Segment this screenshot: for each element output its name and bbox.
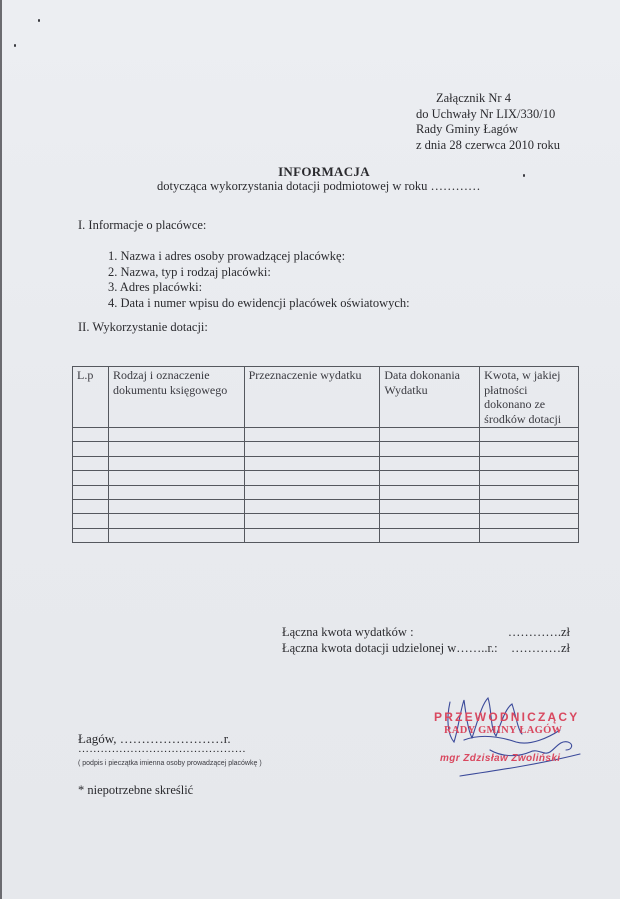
table-cell — [380, 428, 480, 442]
totals-block: Łączna kwota wydatków : ………….zł Łączna k… — [282, 625, 572, 656]
total-expenses-value: ………….zł — [508, 625, 570, 641]
annex-line: z dnia 28 czerwca 2010 roku — [416, 138, 560, 154]
table-cell — [480, 514, 579, 528]
table-cell — [480, 485, 579, 499]
column-header-date: Data dokonania Wydatku — [380, 367, 480, 428]
table-cell — [244, 528, 380, 542]
total-grant-row: Łączna kwota dotacji udzielonej w……..r.:… — [282, 641, 572, 657]
list-item: 3. Adres placówki: — [108, 280, 410, 296]
table-cell — [380, 528, 480, 542]
section-1-heading: I. Informacje o placówce: — [78, 218, 206, 233]
table-cell — [73, 471, 109, 485]
table-cell — [73, 485, 109, 499]
total-grant-label: Łączna kwota dotacji udzielonej w……..r.: — [282, 641, 498, 655]
table-cell — [244, 485, 380, 499]
table-cell — [380, 499, 480, 513]
table-cell — [244, 456, 380, 470]
table-cell — [480, 471, 579, 485]
total-expenses-row: Łączna kwota wydatków : ………….zł — [282, 625, 572, 641]
table-row — [73, 456, 579, 470]
total-expenses-label: Łączna kwota wydatków : — [282, 625, 414, 639]
table-cell — [480, 499, 579, 513]
scan-edge — [0, 0, 2, 899]
stamp-name: mgr Zdzisław Zwoliński — [440, 753, 561, 764]
list-item: 1. Nazwa i adres osoby prowadzącej placó… — [108, 249, 410, 265]
footnote: * niepotrzebne skreślić — [78, 783, 193, 798]
table-row — [73, 471, 579, 485]
official-stamp: PRZEWODNICZĄCY RADY GMINY ŁAGÓW mgr Zdzi… — [420, 690, 600, 785]
table-cell — [73, 428, 109, 442]
table-cell — [73, 442, 109, 456]
document-title: INFORMACJA — [0, 164, 620, 180]
table-cell — [244, 514, 380, 528]
total-grant-value: …………zł — [511, 641, 570, 657]
table-cell — [108, 471, 244, 485]
table-row — [73, 499, 579, 513]
table-cell — [244, 428, 380, 442]
scan-speck — [38, 19, 40, 22]
table-cell — [108, 442, 244, 456]
table-cell — [108, 514, 244, 528]
table-cell — [244, 499, 380, 513]
table-cell — [380, 471, 480, 485]
table-cell — [480, 456, 579, 470]
table-cell — [480, 442, 579, 456]
table-row — [73, 528, 579, 542]
expenditure-table: L.p Rodzaj i oznaczenie dokumentu księgo… — [72, 366, 579, 543]
table-cell — [108, 428, 244, 442]
table-cell — [380, 442, 480, 456]
table-cell — [108, 485, 244, 499]
facility-info-list: 1. Nazwa i adres osoby prowadzącej placó… — [108, 249, 410, 311]
table-cell — [480, 528, 579, 542]
table-cell — [244, 442, 380, 456]
scanned-document-page: Załącznik Nr 4 do Uchwały Nr LIX/330/10 … — [0, 0, 620, 899]
section-2-heading: II. Wykorzystanie dotacji: — [78, 320, 208, 335]
table-cell — [73, 456, 109, 470]
table-cell — [108, 499, 244, 513]
signature-caption: ( podpis i pieczątka imienna osoby prowa… — [78, 760, 262, 767]
column-header-document: Rodzaj i oznaczenie dokumentu księgowego — [108, 367, 244, 428]
list-item: 4. Data i numer wpisu do ewidencji placó… — [108, 296, 410, 312]
table-cell — [108, 528, 244, 542]
list-item: 2. Nazwa, typ i rodzaj placówki: — [108, 265, 410, 281]
stamp-title: PRZEWODNICZĄCY — [434, 710, 579, 724]
column-header-amount: Kwota, w jakiej płatności dokonano ze śr… — [480, 367, 579, 428]
table-cell — [73, 514, 109, 528]
table-header-row: L.p Rodzaj i oznaczenie dokumentu księgo… — [73, 367, 579, 428]
table-cell — [108, 456, 244, 470]
table-cell — [73, 528, 109, 542]
stamp-council: RADY GMINY ŁAGÓW — [444, 725, 562, 736]
table-row — [73, 428, 579, 442]
signature-line: ……………………………………… — [78, 743, 246, 755]
annex-line: Rady Gminy Łagów — [416, 122, 560, 138]
table-cell — [244, 471, 380, 485]
table-row — [73, 485, 579, 499]
table-row — [73, 514, 579, 528]
handwritten-signature-icon — [420, 690, 600, 785]
table-cell — [480, 428, 579, 442]
scan-speck — [14, 44, 16, 47]
table-cell — [73, 499, 109, 513]
annex-reference: Załącznik Nr 4 do Uchwały Nr LIX/330/10 … — [416, 91, 560, 153]
table-cell — [380, 514, 480, 528]
table-cell — [380, 456, 480, 470]
document-subtitle: dotycząca wykorzystania dotacji podmioto… — [157, 179, 481, 194]
column-header-purpose: Przeznaczenie wydatku — [244, 367, 380, 428]
annex-line: do Uchwały Nr LIX/330/10 — [416, 107, 560, 123]
table-cell — [380, 485, 480, 499]
table-row — [73, 442, 579, 456]
column-header-lp: L.p — [73, 367, 109, 428]
annex-line: Załącznik Nr 4 — [416, 91, 560, 107]
